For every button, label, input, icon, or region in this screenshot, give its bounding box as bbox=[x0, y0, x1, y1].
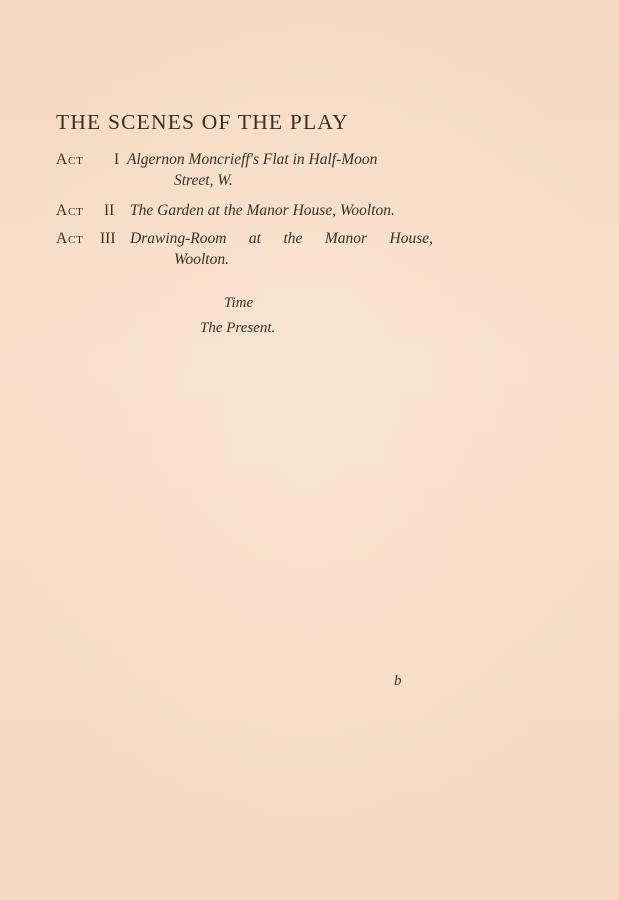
act-entry-3: Act III Drawing-Room at the Manor House,… bbox=[56, 230, 436, 270]
act-number: I bbox=[114, 151, 119, 169]
page-title: THE SCENES OF THE PLAY bbox=[56, 110, 349, 135]
act-description-continued: Woolton. bbox=[174, 251, 229, 269]
act-number: III bbox=[100, 230, 116, 248]
time-value: The Present. bbox=[200, 320, 275, 337]
time-heading: Time bbox=[224, 295, 253, 312]
signature-mark: b bbox=[394, 673, 402, 690]
act-label: Act bbox=[56, 230, 84, 248]
act-label: Act bbox=[56, 202, 84, 220]
book-page: THE SCENES OF THE PLAY Act I Algernon Mo… bbox=[0, 0, 619, 900]
act-entry-2: Act II The Garden at the Manor House, Wo… bbox=[56, 202, 436, 222]
act-description-continued: Street, W. bbox=[174, 172, 233, 190]
act-entry-1: Act I Algernon Moncrieff's Flat in Half-… bbox=[56, 151, 436, 191]
act-number: II bbox=[104, 202, 114, 220]
act-description: The Garden at the Manor House, Woolton. bbox=[130, 202, 395, 220]
act-description: Drawing-Room at the Manor House, bbox=[130, 230, 433, 248]
act-label: Act bbox=[56, 151, 84, 169]
act-description: Algernon Moncrieff's Flat in Half-Moon bbox=[127, 151, 377, 169]
